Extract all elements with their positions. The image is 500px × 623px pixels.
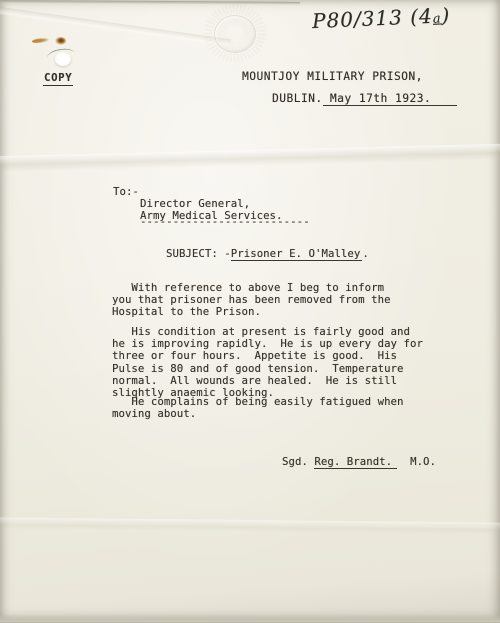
- letterhead-city: DUBLIN.: [272, 92, 323, 105]
- subject-label: SUBJECT: -: [166, 248, 231, 260]
- paper-edge-bottom: [0, 614, 500, 623]
- subject-value: Prisoner E. O'Malley: [231, 248, 363, 261]
- handwritten-reference: P80/313 (4a): [312, 3, 451, 33]
- signature-line: Sgd. Reg. Brandt. M.O.: [282, 456, 436, 468]
- signature-name: Reg. Brandt.: [314, 456, 397, 469]
- paper-hole-spot: [55, 52, 71, 66]
- letterhead-dateline: DUBLIN. May 17th 1923.: [272, 93, 457, 105]
- signature-prefix: Sgd.: [282, 456, 314, 468]
- recipient-to-label: To:-: [113, 186, 139, 198]
- paper-edge-top: [0, 0, 300, 5]
- body-paragraph-2: His condition at present is fairly good …: [112, 326, 432, 399]
- letterhead-org: MOUNTJOY MILITARY PRISON,: [242, 71, 423, 83]
- letterhead-date: May 17th 1923.: [323, 92, 458, 106]
- letter-page: P80/313 (4a) COPY MOUNTJOY MILITARY PRIS…: [0, 0, 500, 623]
- paper-crease-lower: [0, 517, 500, 534]
- subject-period: .: [362, 248, 368, 260]
- copy-stamp: COPY: [43, 72, 73, 84]
- copy-stamp-label: COPY: [43, 72, 73, 86]
- rust-stain-right: [55, 37, 66, 45]
- recipient-address-line1: Director General,: [140, 198, 250, 210]
- reference-number: P80/313 (4: [312, 4, 434, 33]
- paper-crease-horizontal: [0, 144, 500, 173]
- reference-close-paren: ): [441, 3, 451, 27]
- rust-stain-left: [32, 37, 49, 44]
- body-paragraph-3: He complains of being easily fatigued wh…: [112, 396, 432, 420]
- embossed-seal-ring-icon: [214, 15, 256, 53]
- body-paragraph-1: With reference to above I beg to inform …: [112, 282, 432, 319]
- recipient-divider-rule: --------------------------: [140, 216, 310, 228]
- signature-suffix: M.O.: [397, 456, 436, 468]
- subject-line: SUBJECT: -Prisoner E. O'Malley.: [166, 248, 369, 260]
